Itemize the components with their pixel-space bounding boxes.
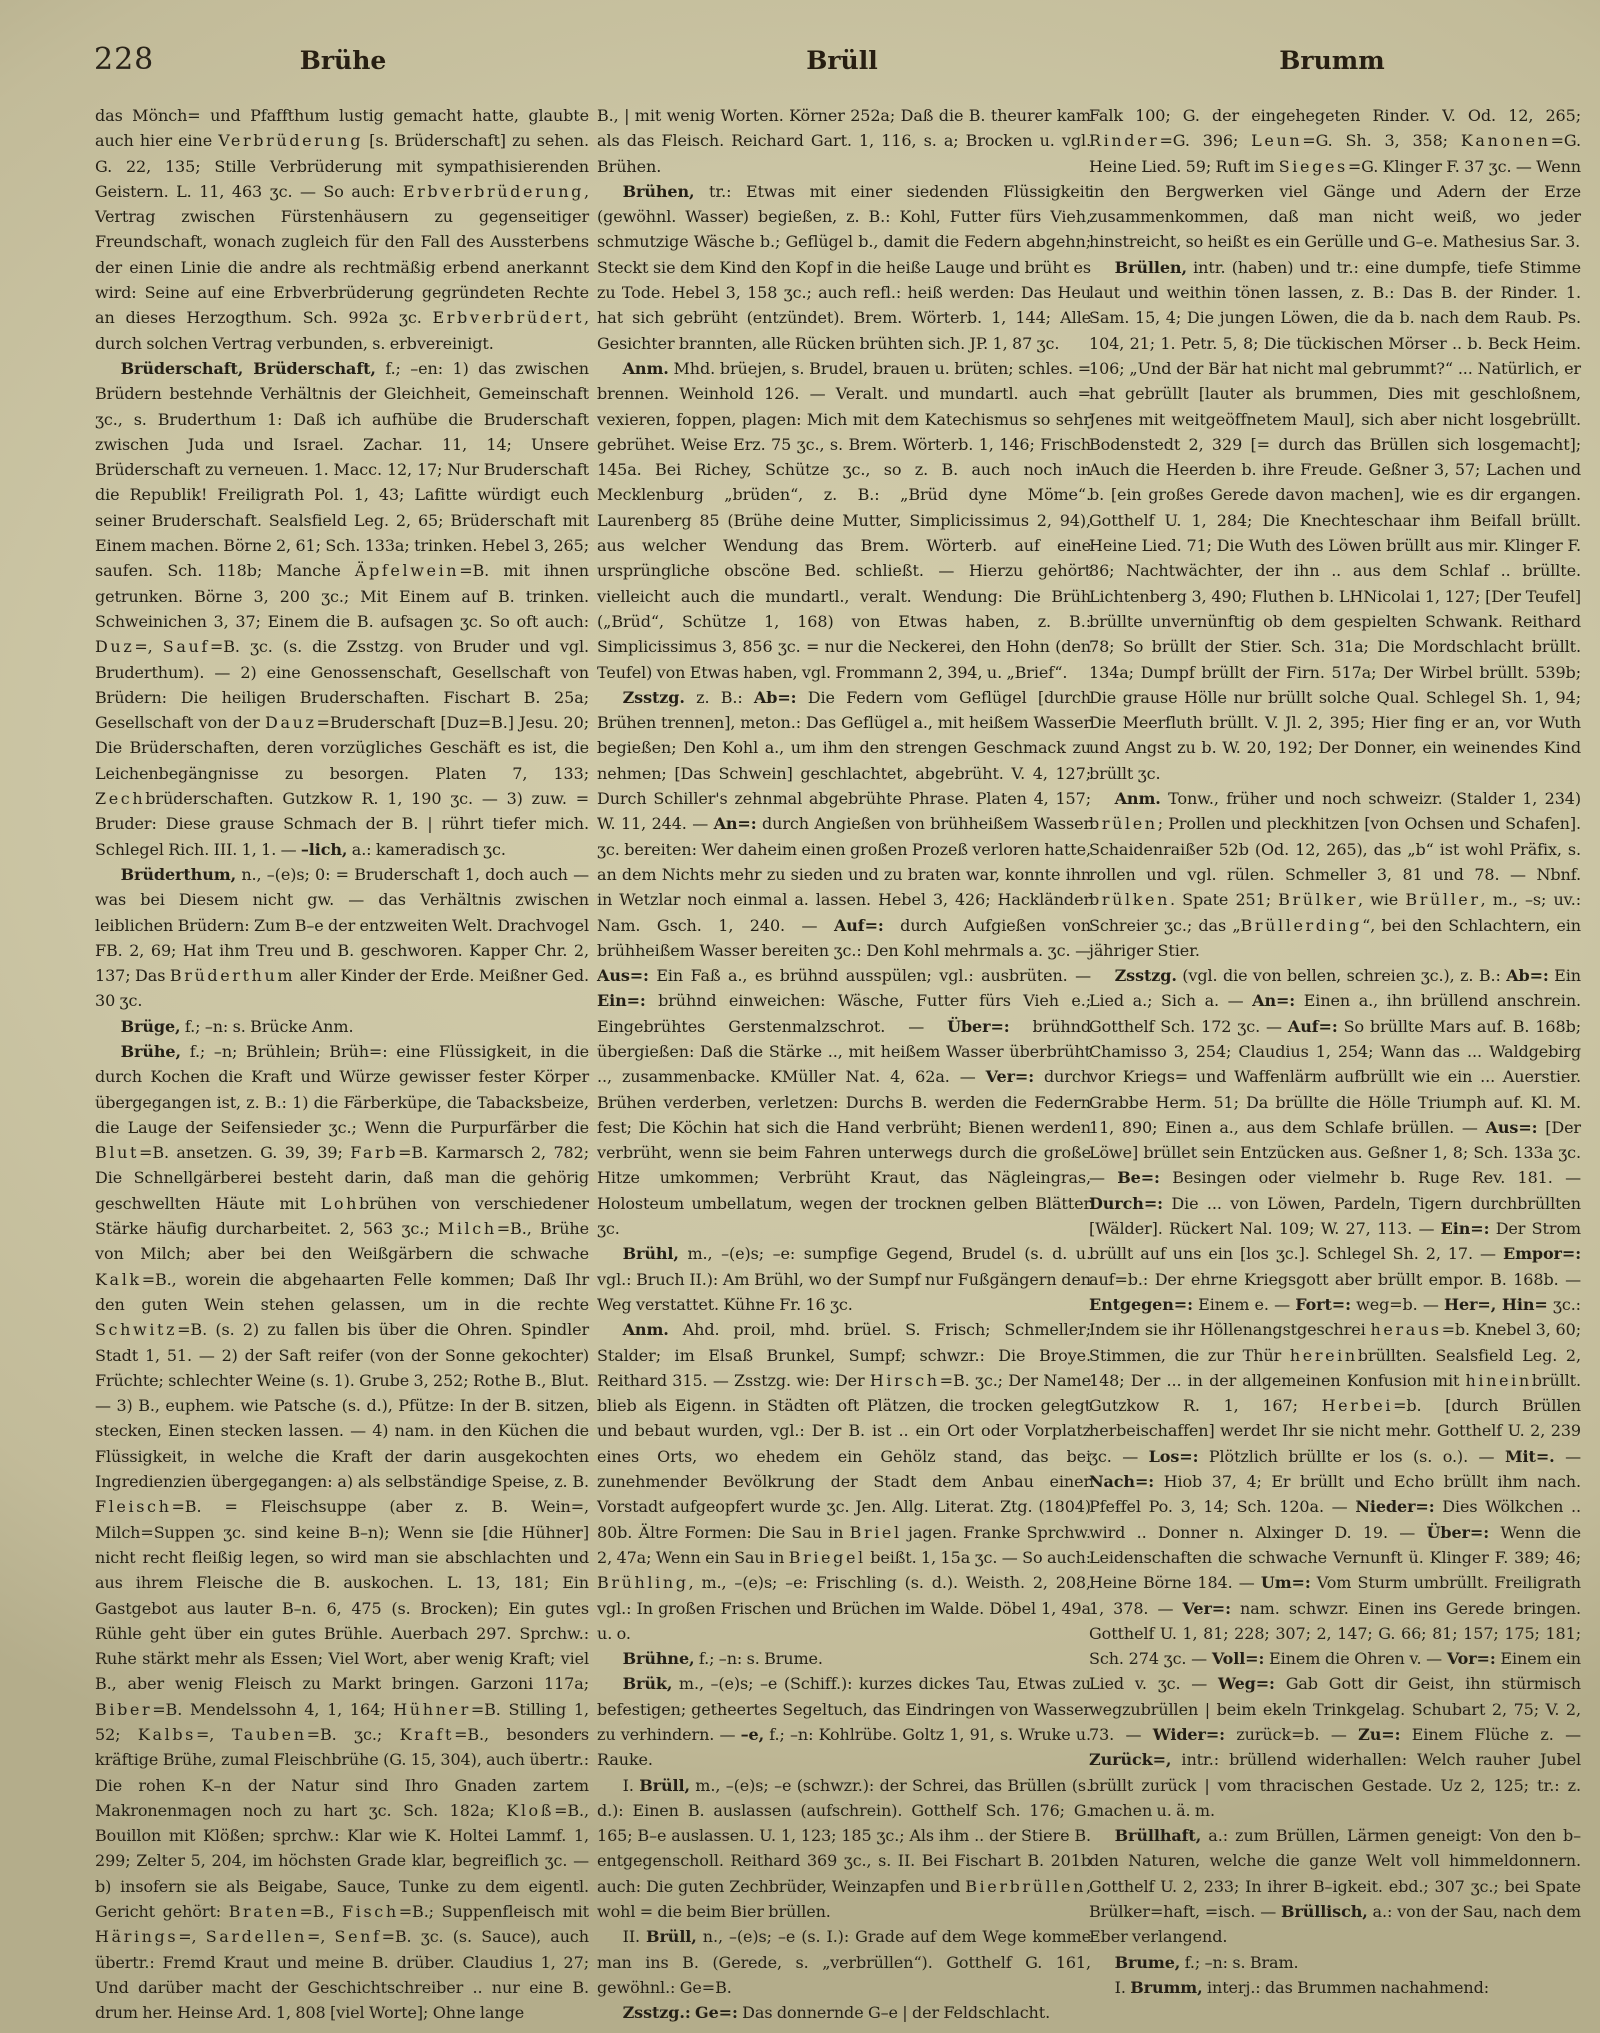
dictionary-paragraph: II. Brüll, n., –(e)s; –e (s. I.): Grade … — [597, 1924, 1091, 2000]
dictionary-paragraph: Brüderthum, n., –(e)s; 0: = Bruderschaft… — [95, 862, 589, 1014]
dictionary-paragraph: Falk 100; G. der eingehegeten Rinder. V.… — [1089, 103, 1581, 255]
dictionary-page: 228 Brühe Brüll Brumm das Mönch= und Pfa… — [0, 0, 1600, 2033]
dictionary-paragraph: Zsstzg. (vgl. die von bellen, schreien ʒ… — [1089, 963, 1581, 1823]
dictionary-paragraph: Anm. Ahd. proil, mhd. brüel. S. Frisch; … — [597, 1317, 1091, 1646]
dictionary-paragraph: I. Brüll, m., –(e)s; –e (schwzr.): der S… — [597, 1773, 1091, 1925]
dictionary-paragraph: B., | mit wenig Worten. Körner 252a; Daß… — [597, 103, 1091, 179]
dictionary-paragraph: Brük, m., –(e)s; –e (Schiff.): kurzes di… — [597, 1671, 1091, 1772]
dictionary-paragraph: Brühe, f.; –n; Brühlein; Brüh=: eine Flü… — [95, 1039, 589, 2026]
text-column-left: das Mönch= und Pfaffthum lustig gemacht … — [95, 103, 589, 2026]
dictionary-paragraph: das Mönch= und Pfaffthum lustig gemacht … — [95, 103, 589, 356]
dictionary-paragraph: Zsstzg.: Ge=: Das donnernde G–e | der Fe… — [597, 2000, 1091, 2025]
dictionary-paragraph: Brühl, m., –(e)s; –e: sumpfige Gegend, B… — [597, 1241, 1091, 1317]
dictionary-paragraph: Brume, f.; –n: s. Bram. — [1089, 1950, 1581, 1975]
running-head-bruehe: Brühe — [300, 46, 387, 75]
dictionary-paragraph: I. Brumm, interj.: das Brummen nachahmen… — [1089, 1975, 1581, 2000]
running-head-brumm: Brumm — [1279, 46, 1384, 75]
page-number: 228 — [94, 42, 154, 77]
text-column-right: Falk 100; G. der eingehegeten Rinder. V.… — [1089, 103, 1581, 2000]
dictionary-paragraph: Brühne, f.; –n: s. Brume. — [597, 1646, 1091, 1671]
text-column-middle: B., | mit wenig Worten. Körner 252a; Daß… — [597, 103, 1091, 2026]
dictionary-paragraph: Zsstzg. z. B.: Ab=: Die Federn vom Geflü… — [597, 685, 1091, 1242]
dictionary-paragraph: Brüllhaft, a.: zum Brüllen, Lärmen genei… — [1089, 1823, 1581, 1949]
dictionary-paragraph: Brüderschaft, Brüderschaft, f.; –en: 1) … — [95, 356, 589, 862]
dictionary-paragraph: Brüge, f.; –n: s. Brücke Anm. — [95, 1014, 589, 1039]
running-head-bruell: Brüll — [806, 46, 877, 75]
dictionary-paragraph: Anm. Mhd. brüejen, s. Brudel, brauen u. … — [597, 356, 1091, 685]
dictionary-paragraph: Brüllen, intr. (haben) und tr.: eine dum… — [1089, 255, 1581, 786]
dictionary-paragraph: Brühen, tr.: Etwas mit einer siedenden F… — [597, 179, 1091, 356]
dictionary-paragraph: Anm. Tonw., früher und noch schweizr. (S… — [1089, 786, 1581, 963]
